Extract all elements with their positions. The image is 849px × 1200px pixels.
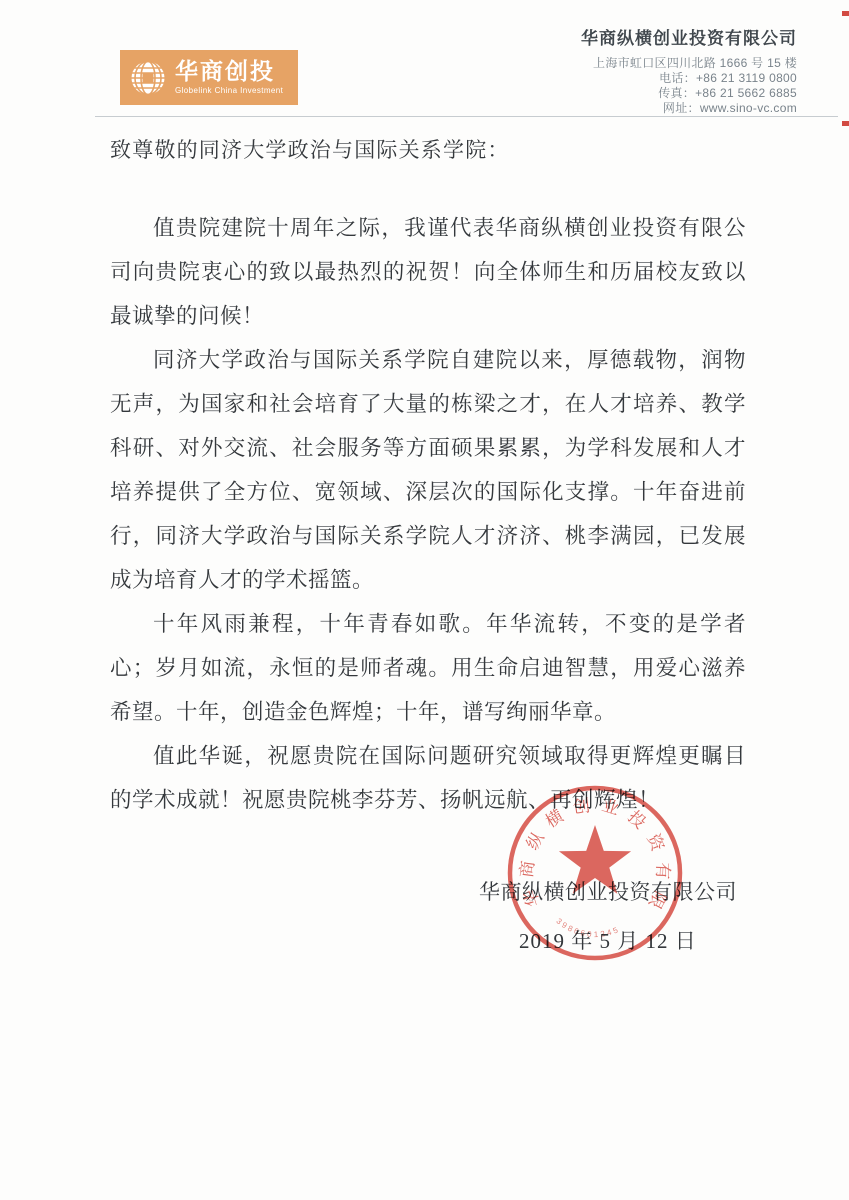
phone-value: +86 21 3119 0800 [696,71,797,85]
seal-serial-number: 3986601245 [554,916,621,939]
company-logo: 华商创投 Globelink China Investment [120,50,298,105]
company-seal-stamp: 华商纵横创业投资有限公司 3986601245 [503,781,687,965]
paragraph-3: 十年风雨兼程，十年青春如歌。年华流转，不变的是学者心；岁月如流，永恒的是师者魂。… [110,602,746,734]
letterhead-company-name: 华商纵横创业投资有限公司 [581,24,797,49]
seal-star-icon [559,825,631,894]
fax-label: 传真： [658,86,695,100]
scan-artifact-mark [842,121,849,126]
letterhead-fax: 传真：+86 21 5662 6885 [581,86,797,101]
letter-body: 值贵院建院十周年之际，我谨代表华商纵横创业投资有限公司向贵院衷心的致以最热烈的祝… [110,206,746,822]
scanned-letter-page: 华商创投 Globelink China Investment 华商纵横创业投资… [0,0,849,1200]
logo-brand-en: Globelink China Investment [175,87,283,95]
letterhead-contact-block: 华商纵横创业投资有限公司 上海市虹口区四川北路 1666 号 15 楼 电话：+… [581,24,797,116]
scan-artifact-mark [842,11,849,16]
globe-grid-icon [128,58,168,98]
salutation: 致尊敬的同济大学政治与国际关系学院： [110,134,510,164]
website-value: www.sino-vc.com [700,101,797,115]
fax-value: +86 21 5662 6885 [695,86,797,100]
paragraph-1: 值贵院建院十周年之际，我谨代表华商纵横创业投资有限公司向贵院衷心的致以最热烈的祝… [110,206,746,338]
svg-text:3986601245: 3986601245 [554,916,621,939]
paragraph-2: 同济大学政治与国际关系学院自建院以来，厚德载物，润物无声，为国家和社会培育了大量… [110,338,746,602]
letterhead-website: 网址：www.sino-vc.com [581,101,797,116]
logo-brand-cn: 华商创投 [175,60,283,83]
website-label: 网址： [663,101,700,115]
logo-wordmark: 华商创投 Globelink China Investment [175,60,283,95]
letterhead-divider [95,116,838,117]
letterhead-address: 上海市虹口区四川北路 1666 号 15 楼 [581,56,797,71]
phone-label: 电话： [659,71,696,85]
letterhead-phone: 电话：+86 21 3119 0800 [581,71,797,86]
